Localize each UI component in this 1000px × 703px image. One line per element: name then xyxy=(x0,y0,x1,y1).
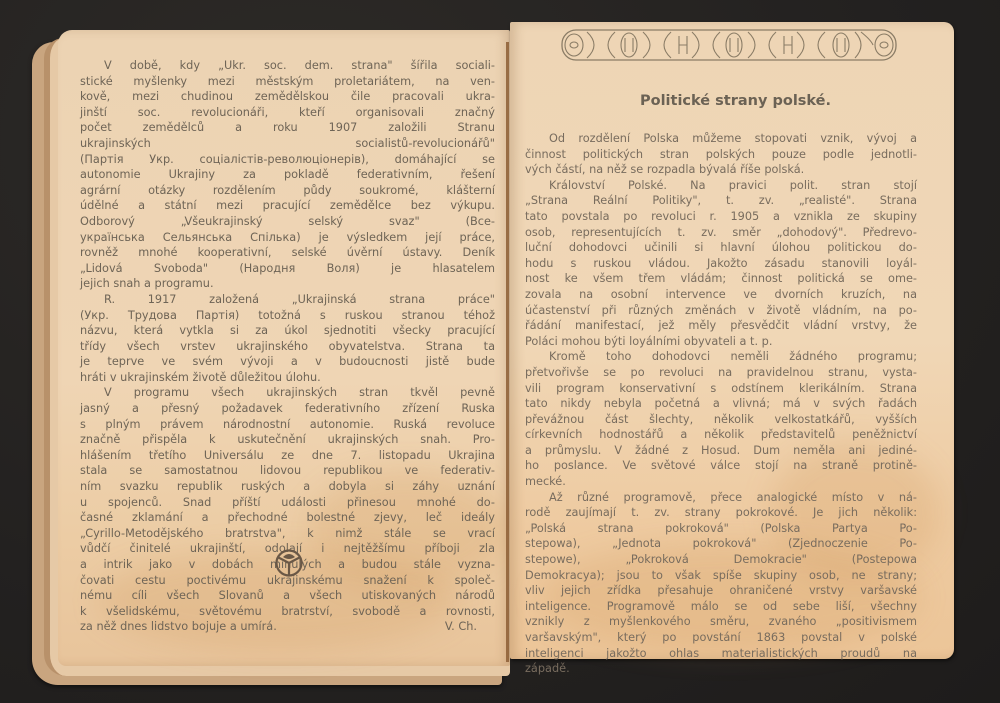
text-line: mecké. xyxy=(525,474,917,490)
text-line: stepowe), „Pokroková Demokracie" (Postep… xyxy=(525,552,917,568)
text-line: názvu, která vytkla si za úkol sjednotit… xyxy=(80,323,495,339)
paragraph: R. 1917 založená „Ukrajinská strana prác… xyxy=(80,292,495,386)
text-line: rovněž mnohé kooperativní, selské úvěrní… xyxy=(80,245,495,261)
text-line: Poláci mohou býti loyálními obyvateli a … xyxy=(525,334,917,350)
text-line: jejich snah a programu. xyxy=(80,276,495,292)
text-line: osob, representujících t. zv. směr „doho… xyxy=(525,225,917,241)
text-line: tato nikdy nebyla početná a vlivná; má v… xyxy=(525,396,917,412)
paragraph: V době, kdy „Ukr. soc. dem. strana" šíři… xyxy=(80,58,495,292)
text-line: ukrajinských socialistů-revolucionářů" xyxy=(80,136,495,152)
text-line: jasný a přesný požadavek federativního z… xyxy=(80,401,495,417)
text-line: s plným právem národnostní autonomie. Ru… xyxy=(80,417,495,433)
text-line: řádání manifestací, jež měly přesvědčit … xyxy=(525,318,917,334)
paragraph: Až různé programově, přece analogické mí… xyxy=(525,490,917,677)
text-line: nost ke všem třem vládám; činnost politi… xyxy=(525,271,917,287)
text-line: u spojenců. Snad příští události přineso… xyxy=(80,495,495,511)
text-line: kově, mezi chudinou zemědělskou čile pra… xyxy=(80,89,495,105)
text-line: třídy všech vrstev ukrajinského obyvatel… xyxy=(80,339,495,355)
text-line: українська Сельянська Спілька) je výsled… xyxy=(80,230,495,246)
text-line: Demokracya); jsou to však spíše skupiny … xyxy=(525,568,917,584)
text-line: vili program konservativní s odstínem kl… xyxy=(525,381,917,397)
text-line: (Партія Укр. соціалістів-революціонерів)… xyxy=(80,152,495,168)
text-line: Odborový „Všeukrajinský selský svaz" (Вс… xyxy=(80,214,495,230)
text-line: jinští soc. revolucionáři, kteří organis… xyxy=(80,105,495,121)
text-line: inteligenci jakožto ohlas materialistick… xyxy=(525,646,917,662)
text-line: a průmyslu. V žádné z Hosud. Dum neměla … xyxy=(525,443,917,459)
text-line: stepowa), „Jednota pokroková" (Zjednocze… xyxy=(525,536,917,552)
text-line: „Strana Reální Politiky", t. zv. „realis… xyxy=(525,193,917,209)
book-spine-gutter xyxy=(506,42,509,662)
text-line: luční dohodovci učinili si hlavní úlohou… xyxy=(525,240,917,256)
text-line: vznikly z myšlenkového směru, zvaného „p… xyxy=(525,614,917,630)
text-line: Až různé programově, přece analogické mí… xyxy=(525,490,917,506)
paragraph: Království Polské. Na pravici polit. str… xyxy=(525,178,917,350)
text-line: vých částí, na něž se rozpadla bývalá ří… xyxy=(525,162,917,178)
text-line: časné zklamání a přechodné bolestné zjev… xyxy=(80,510,495,526)
text-line: ho poslance. Ve světové válce stojí na s… xyxy=(525,458,917,474)
text-line: (Укр. Трудова Партія) totožná s ruskou s… xyxy=(80,308,495,324)
text-line: je teprve ve svém vývoji a v budoucnosti… xyxy=(80,354,495,370)
text-line: V programu všech ukrajinských stran tkvě… xyxy=(80,385,495,401)
text-line: tato povstala po revoluci r. 1905 a vzni… xyxy=(525,209,917,225)
text-line: „Lidová Svoboda" (Народня Воля) je hlasa… xyxy=(80,261,495,277)
text-line: stické myšlenky mezi městským proletariá… xyxy=(80,74,495,90)
text-line: údělné a státní mezi pracující zemědělce… xyxy=(80,198,495,214)
paragraph: Od rozdělení Polska můžeme stopovati vzn… xyxy=(525,131,917,178)
text-line: agrární otázky rozdělením půdy soukromé,… xyxy=(80,183,495,199)
text-line: Království Polské. Na pravici polit. str… xyxy=(525,178,917,194)
text-line: převážnou část šlechty, několik velkosta… xyxy=(525,412,917,428)
chapter-title: Politické strany polské. xyxy=(640,93,831,109)
text-line: Od rozdělení Polska můžeme stopovati vzn… xyxy=(525,131,917,147)
text-line: k všelidskému, světovému bratrství, svob… xyxy=(80,604,495,620)
text-line: zovala na osobní intervence ve dvorních … xyxy=(525,287,917,303)
text-line: „Cyrillo-Metodějského bratrstva", k nimž… xyxy=(80,526,495,542)
text-line: značně přispěla k uskutečnění ukrajinský… xyxy=(80,432,495,448)
text-line: církevních hodnostářů a několik představ… xyxy=(525,427,917,443)
text-line: přetvořivše se po revoluci na pravidelno… xyxy=(525,365,917,381)
author-signature: V. Ch. xyxy=(445,619,477,635)
text-line: vliv jejich zřídka přesahuje ohraničené … xyxy=(525,583,917,599)
text-line: počet zemědělců a roku 1907 založili Str… xyxy=(80,120,495,136)
text-line: stala se samostatnou lidovou republikou … xyxy=(80,463,495,479)
text-line: inteligence. Programově málo se od sebe … xyxy=(525,599,917,615)
text-line: nému cíli všech Slovanů a všech utiskova… xyxy=(80,588,495,604)
text-line: hráti v ukrajinském životě důležitou úlo… xyxy=(80,370,495,386)
text-line: hodu s ruskou vládou. Jakožto zásadu sta… xyxy=(525,256,917,272)
text-line: „Polská strana pokroková" (Polska Partya… xyxy=(525,521,917,537)
text-line: za něž dnes lidstvo bojuje a umírá.V. Ch… xyxy=(80,619,495,635)
text-line: hlášením třetího Universálu ze dne 7. li… xyxy=(80,448,495,464)
text-line: R. 1917 založená „Ukrajinská strana prác… xyxy=(80,292,495,308)
text-line: Kromě toho dohodovci neměli žádného prog… xyxy=(525,349,917,365)
text-line: varšavským", který po povstání 1863 povs… xyxy=(525,630,917,646)
art-nouveau-header-ornament-icon xyxy=(561,28,897,62)
right-page-body: Od rozdělení Polska můžeme stopovati vzn… xyxy=(525,131,917,677)
paragraph: V programu všech ukrajinských stran tkvě… xyxy=(80,385,495,635)
paragraph: Kromě toho dohodovci neměli žádného prog… xyxy=(525,349,917,489)
text-line: rodě zaujímají t. zv. strany pokrokové. … xyxy=(525,505,917,521)
text-line: ním svazku republik ruských a dobyla si … xyxy=(80,479,495,495)
text-line: V době, kdy „Ukr. soc. dem. strana" šíři… xyxy=(80,58,495,74)
text-line: autonomie Ukrajiny za pokladě federativn… xyxy=(80,167,495,183)
publisher-wheel-emblem-icon xyxy=(274,548,304,578)
text-line: účastenství při různých změnách v životě… xyxy=(525,303,917,319)
text-line: západě. xyxy=(525,661,917,677)
text-line: činnost politických stran polských pouze… xyxy=(525,147,917,163)
open-booklet: V době, kdy „Ukr. soc. dem. strana" šíři… xyxy=(0,0,1000,703)
